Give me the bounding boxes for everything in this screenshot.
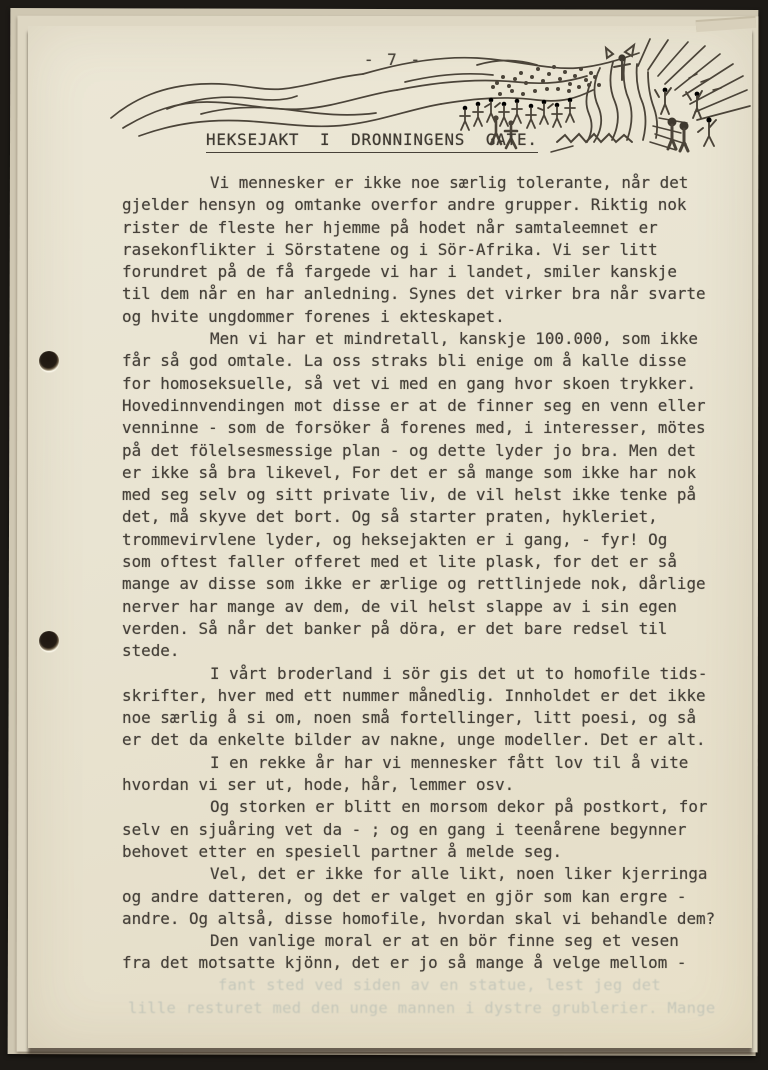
text-line: får så god omtale. La oss straks bli eni…: [122, 350, 742, 372]
text-line: og hvite ungdommer forenes i ekteskapet.: [122, 306, 742, 328]
text-line: Hovedinnvendingen mot disse er at de fin…: [122, 395, 742, 417]
text-line: fra det motsatte kjönn, det er jo så man…: [122, 952, 742, 974]
text-line: verden. Så når det banker på döra, er de…: [122, 618, 742, 640]
text-line: det, må skyve det bort. Og så starter pr…: [122, 506, 742, 528]
text-line: Men vi har et mindretall, kanskje 100.00…: [122, 328, 742, 350]
text-line: er ikke så bra likevel, For det er så ma…: [122, 462, 742, 484]
text-line: I vårt broderland i sör gis det ut to ho…: [122, 663, 742, 685]
text-line: og andre datteren, og det er valget en g…: [122, 886, 742, 908]
text-line: Og storken er blitt en morsom dekor på p…: [122, 796, 742, 818]
text-line: forundret på de få fargede vi har i land…: [122, 261, 742, 283]
text-line: trommevirvlene lyder, og heksejakten er …: [122, 529, 742, 551]
text-line: behovet etter en spesiell partner å meld…: [122, 841, 742, 863]
text-line: venninne - som de forsöker å forenes med…: [122, 417, 742, 439]
text-line: Vi mennesker er ikke noe særlig tolerant…: [122, 172, 742, 194]
text-line: som oftest faller offeret med et lite pl…: [122, 551, 742, 573]
text-line: til dem når en har anledning. Synes det …: [122, 283, 742, 305]
text-line: Den vanlige moral er at en bör finne seg…: [122, 930, 742, 952]
punch-hole-bottom: [39, 631, 59, 651]
text-line: andre. Og altså, disse homofile, hvordan…: [122, 908, 742, 930]
text-line: mange av disse som ikke er ærlige og ret…: [122, 573, 742, 595]
text-line: Vel, det er ikke for alle likt, noen lik…: [122, 863, 742, 885]
text-line: gjelder hensyn og omtanke overfor andre …: [122, 194, 742, 216]
article-title: HEKSEJAKT I DRONNINGENS GATE.: [206, 130, 538, 153]
text-line: rister de fleste her hjemme på hodet når…: [122, 217, 742, 239]
text-line: selv en sjuåring vet da - ; og en gang i…: [122, 819, 742, 841]
text-line: skrifter, hver med ett nummer månedlig. …: [122, 685, 742, 707]
scan-background: { "scan": { "page_number": "- 7 -", "tit…: [0, 0, 768, 1070]
ghost-bleedthrough-line: lille resturet med den unge mannen i dys…: [128, 999, 716, 1017]
text-line: I en rekke år har vi mennesker fått lov …: [122, 752, 742, 774]
text-line: for homoseksuelle, så vet vi med en gang…: [122, 373, 742, 395]
text-line: nerver har mange av dem, de vil helst sl…: [122, 596, 742, 618]
text-line: stede.: [122, 640, 742, 662]
text-line: på det fölelsesmessige plan - og dette l…: [122, 440, 742, 462]
text-line: hvordan vi ser ut, hode, hår, lemmer osv…: [122, 774, 742, 796]
punch-hole-top: [39, 351, 59, 371]
document-page: - 7 -: [28, 26, 752, 1048]
text-line: med seg selv og sitt private liv, de vil…: [122, 484, 742, 506]
text-line: rasekonflikter i Sörstatene og i Sör-Afr…: [122, 239, 742, 261]
text-line: noe særlig å si om, noen små fortellinge…: [122, 707, 742, 729]
text-line: er det da enkelte bilder av nakne, unge …: [122, 729, 742, 751]
ghost-bleedthrough-line: fant sted ved siden av en statue, lest j…: [218, 976, 661, 994]
typewritten-body: Vi mennesker er ikke noe særlig tolerant…: [122, 172, 742, 975]
